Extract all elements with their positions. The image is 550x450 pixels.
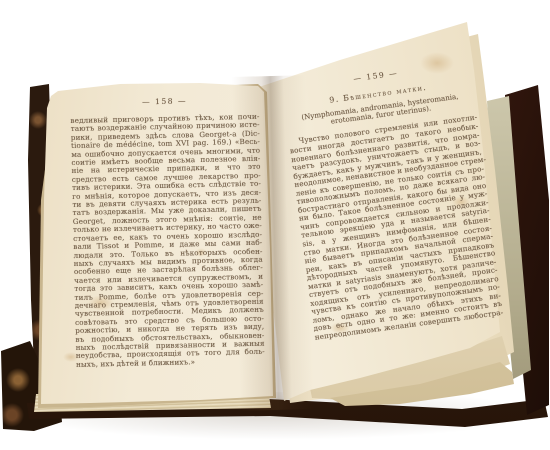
left-page-body: ведливый приговоръ противъ тѣхъ, кои поч…: [70, 113, 265, 369]
right-page-text: — 159 — 9. Бѣшенство матки. (Nymphomania…: [281, 59, 504, 342]
right-page-body: Чувство полового стремленія или похотли-…: [288, 114, 503, 342]
left-page-text: — 158 — ведливый приговоръ противъ тѣхъ,…: [70, 95, 265, 369]
book-photo: — 158 — ведливый приговоръ противъ тѣхъ,…: [0, 0, 550, 450]
